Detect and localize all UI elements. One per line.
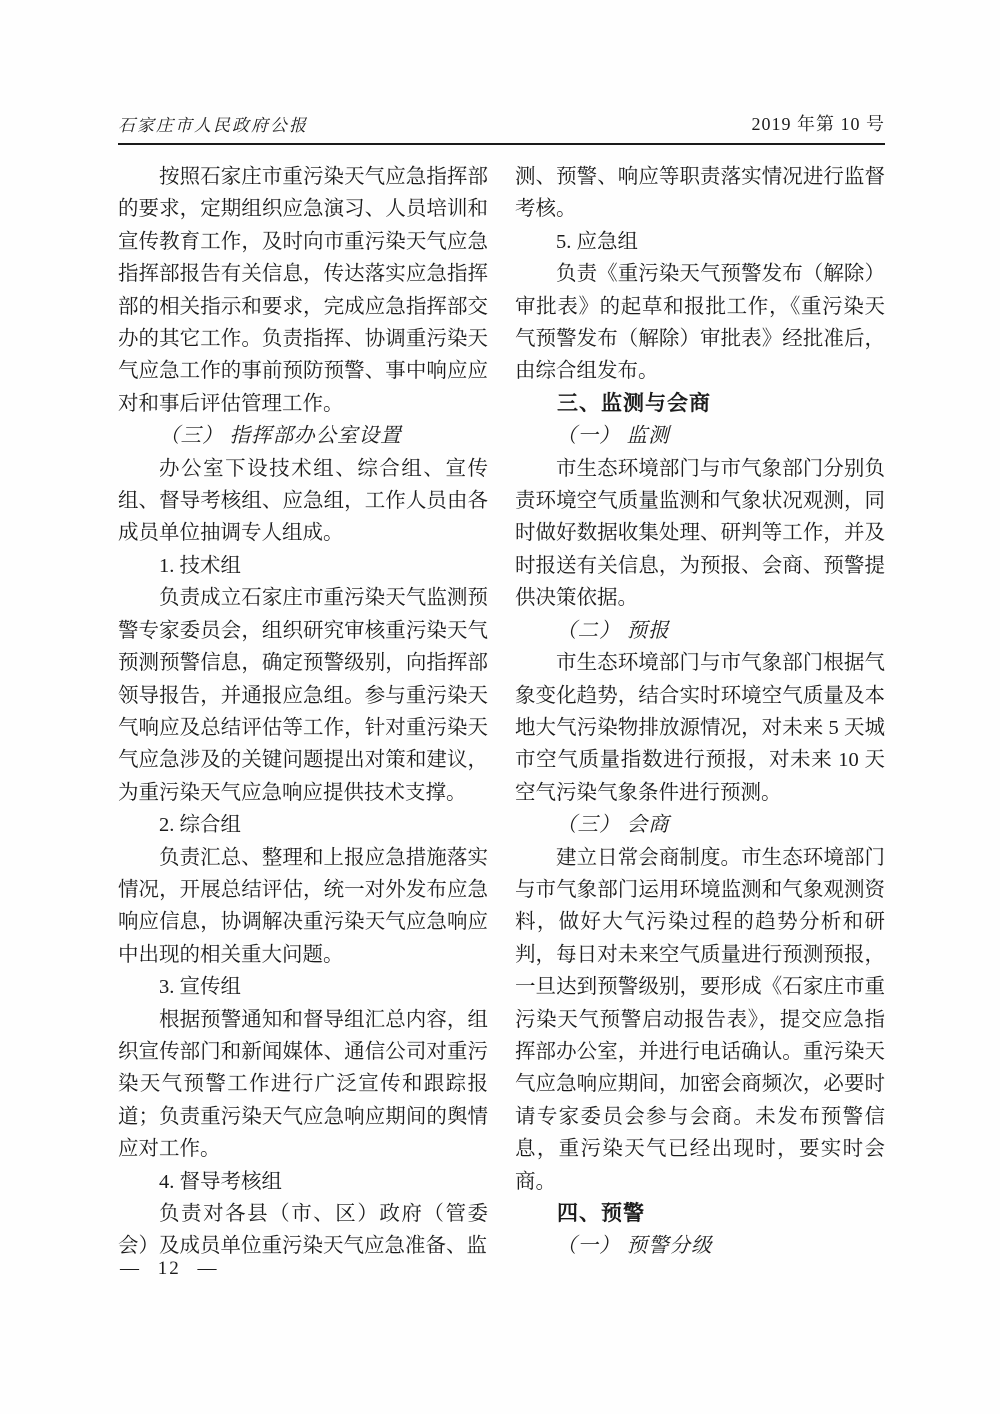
issue-number: 2019 年第 10 号 [752,110,886,136]
paragraph: 按照石家庄市重污染天气应急指挥部的要求，定期组织应急演习、人员培训和宣传教育工作… [118,161,488,420]
paragraph: 4. 督导考核组 [118,1166,488,1198]
paragraph: 市生态环境部门与市气象部门分别负责环境空气质量监测和气象状况观测，同时做好数据收… [515,453,885,615]
subsection-heading: （三） 指挥部办公室设置 [118,420,488,452]
paragraph: 负责成立石家庄市重污染天气监测预警专家委员会，组织研究审核重污染天气预测预警信息… [118,582,488,809]
page-header: 石家庄市人民政府公报 2019 年第 10 号 [118,106,885,145]
page-footer: — 12 — [120,1258,219,1280]
page-number: — 12 — [120,1258,219,1279]
paragraph: 建立日常会商制度。市生态环境部门与市气象部门运用环境监测和气象观测资料，做好大气… [515,842,885,1198]
text-column-left: 按照石家庄市重污染天气应急指挥部的要求，定期组织应急演习、人员培训和宣传教育工作… [118,161,488,1263]
subsection-heading: （一） 预警分级 [515,1230,885,1262]
paragraph: 5. 应急组 [515,226,885,258]
subsection-heading: （二） 预报 [515,615,885,647]
section-heading: 三、监测与会商 [515,388,885,420]
subsection-heading: （三） 会商 [515,809,885,841]
paragraph: 3. 宣传组 [118,971,488,1003]
paragraph: 测、预警、响应等职责落实情况进行监督考核。 [515,161,885,226]
paragraph: 负责《重污染天气预警发布（解除）审批表》的起草和报批工作，《重污染天气预警发布（… [515,258,885,388]
paragraph: 2. 综合组 [118,809,488,841]
paragraph: 1. 技术组 [118,550,488,582]
publication-title: 石家庄市人民政府公报 [118,111,308,136]
gazette-page: 石家庄市人民政府公报 2019 年第 10 号 按照石家庄市重污染天气应急指挥部… [0,0,1000,1414]
text-column-right: 测、预警、响应等职责落实情况进行监督考核。5. 应急组负责《重污染天气预警发布（… [515,161,885,1263]
paragraph: 市生态环境部门与市气象部门根据气象变化趋势，结合实时环境空气质量及本地大气污染物… [515,647,885,809]
paragraph: 负责汇总、整理和上报应急措施落实情况，开展总结评估，统一对外发布应急响应信息，协… [118,842,488,972]
section-heading: 四、预警 [515,1198,885,1230]
paragraph: 办公室下设技术组、综合组、宣传组、督导考核组、应急组，工作人员由各成员单位抽调专… [118,453,488,550]
paragraph: 负责对各县（市、区）政府（管委会）及成员单位重污染天气应急准备、监 [118,1198,488,1263]
subsection-heading: （一） 监测 [515,420,885,452]
paragraph: 根据预警通知和督导组汇总内容，组织宣传部门和新闻媒体、通信公司对重污染天气预警工… [118,1004,488,1166]
